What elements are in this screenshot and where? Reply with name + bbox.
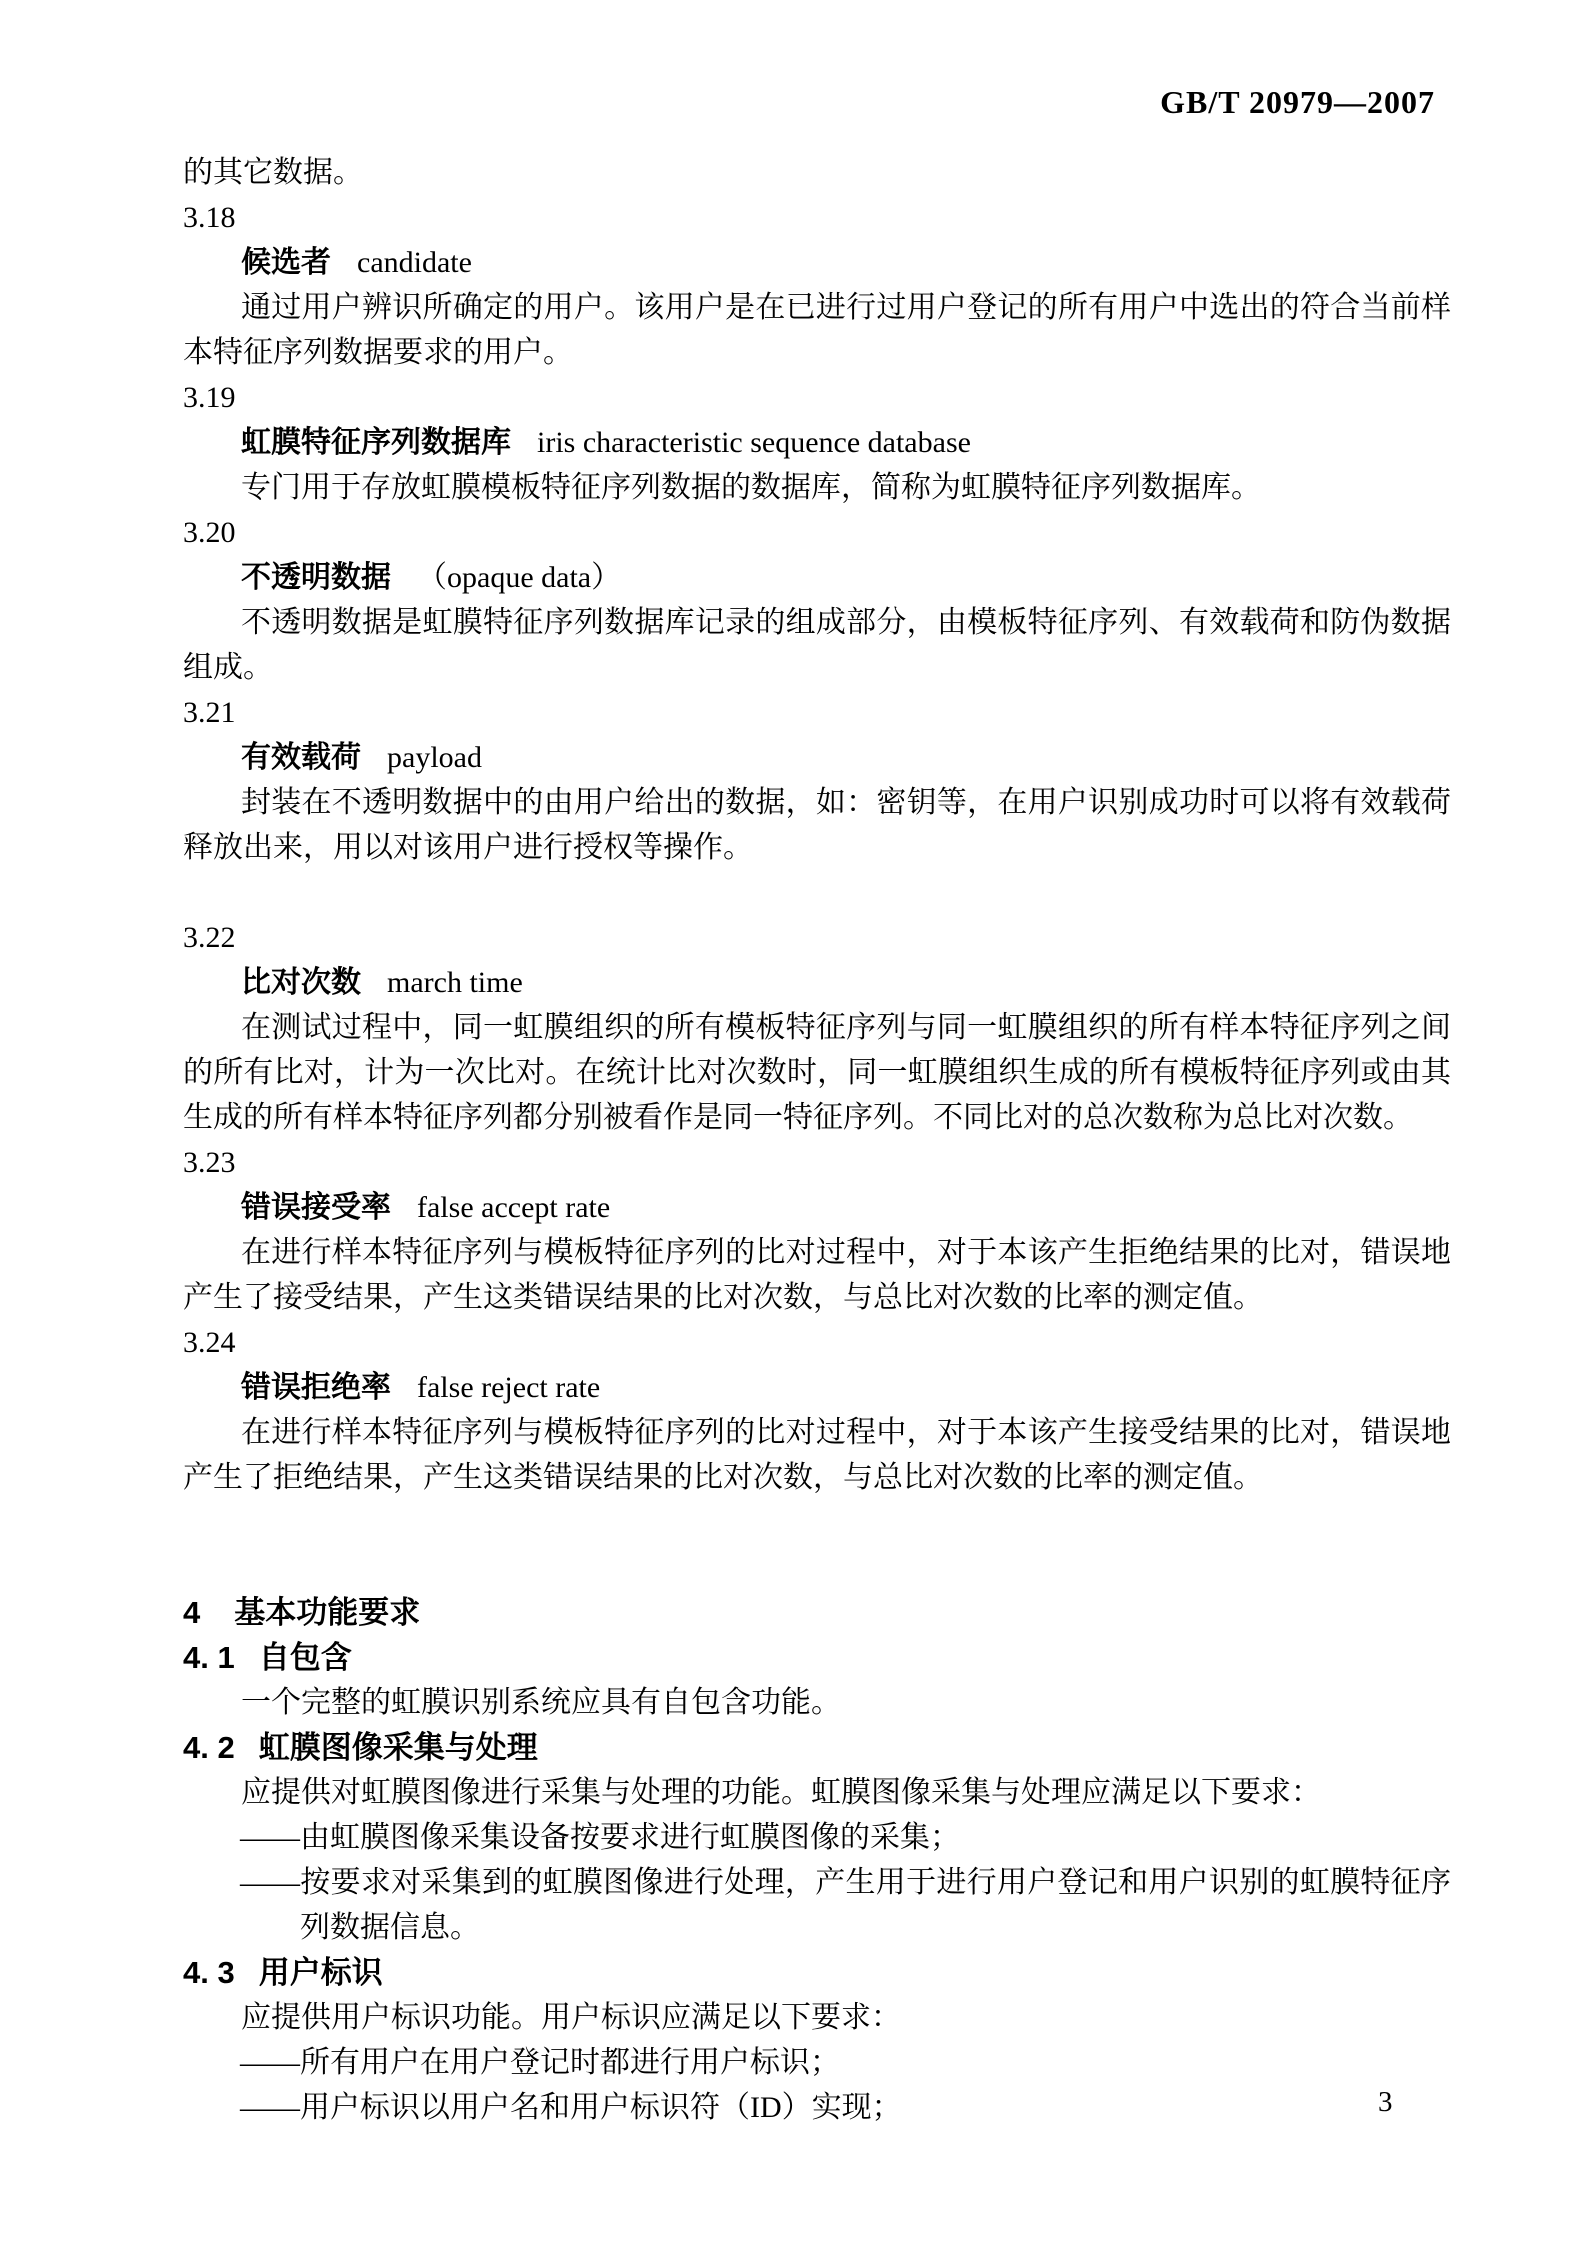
term-name-en: march time [387,966,523,999]
section-heading: 4. 1自包含 [183,1635,1451,1680]
paragraph: 在测试过程中，同一虹膜组织的所有模板特征序列与同一虹膜组织的所有样本特征序列之间… [183,1005,1451,1140]
term-definition-line: 错误拒绝率false reject rate [183,1365,1451,1410]
paragraph: 在进行样本特征序列与模板特征序列的比对过程中，对于本该产生接受结果的比对，错误地… [183,1410,1451,1500]
term-definition-line: 有效载荷payload [183,735,1451,780]
term-name-zh: 错误接受率 [241,1191,391,1224]
term-name-en: candidate [357,246,472,279]
clause-number: 3.19 [183,375,1451,420]
term-definition-line: 不透明数据（opaque data） [183,555,1451,600]
term-definition-line: 比对次数march time [183,960,1451,1005]
term-definition-line: 候选者candidate [183,240,1451,285]
term-name-en: iris characteristic sequence database [537,426,971,459]
term-name-zh: 虹膜特征序列数据库 [241,426,511,459]
heading-number: 4. 3 [183,1955,235,1990]
clause-number: 3.24 [183,1320,1451,1365]
term-name-en: false accept rate [417,1191,610,1224]
term-name-zh: 比对次数 [241,966,361,999]
paragraph: 封装在不透明数据中的由用户给出的数据，如：密钥等，在用户识别成功时可以将有效载荷… [183,780,1451,870]
heading-title: 自包含 [259,1640,352,1675]
section-heading: 4基本功能要求 [183,1590,1451,1635]
clause-number: 3.22 [183,915,1451,960]
dash-list-item: ——按要求对采集到的虹膜图像进行处理，产生用于进行用户登记和用户识别的虹膜特征序… [300,1860,1451,1950]
term-name-zh: 错误拒绝率 [241,1371,391,1404]
paragraph: 一个完整的虹膜识别系统应具有自包含功能。 [183,1680,1451,1725]
heading-number: 4. 2 [183,1730,235,1765]
term-name-en: （opaque data） [417,561,621,594]
term-name-en: payload [387,741,482,774]
heading-number: 4. 1 [183,1640,235,1675]
dash-list-item: ——所有用户在用户登记时都进行用户标识； [300,2040,1451,2085]
blank-line [183,1500,1451,1545]
page-number: 3 [1378,2086,1393,2119]
heading-title: 用户标识 [259,1955,383,1990]
paragraph: 不透明数据是虹膜特征序列数据库记录的组成部分，由模板特征序列、有效载荷和防伪数据… [183,600,1451,690]
paragraph: 专门用于存放虹膜模板特征序列数据的数据库，简称为虹膜特征序列数据库。 [183,465,1451,510]
paragraph: 应提供用户标识功能。用户标识应满足以下要求： [183,1995,1451,2040]
clause-number: 3.21 [183,690,1451,735]
heading-number: 4 [183,1595,200,1630]
paragraph: 应提供对虹膜图像进行采集与处理的功能。虹膜图像采集与处理应满足以下要求： [183,1770,1451,1815]
term-definition-line: 错误接受率false accept rate [183,1185,1451,1230]
paragraph-continuation: 的其它数据。 [183,150,1451,195]
clause-number: 3.23 [183,1140,1451,1185]
paragraph: 通过用户辨识所确定的用户。该用户是在已进行过用户登记的所有用户中选出的符合当前样… [183,285,1451,375]
clause-number: 3.18 [183,195,1451,240]
term-name-zh: 候选者 [241,246,331,279]
document-page: GB/T 20979—2007 的其它数据。3.18候选者candidate通过… [0,0,1587,2245]
heading-title: 基本功能要求 [234,1595,420,1630]
blank-line [183,870,1451,915]
section-heading: 4. 2虹膜图像采集与处理 [183,1725,1451,1770]
standard-number-header: GB/T 20979—2007 [1160,84,1435,121]
paragraph: 在进行样本特征序列与模板特征序列的比对过程中，对于本该产生拒绝结果的比对，错误地… [183,1230,1451,1320]
section-heading: 4. 3用户标识 [183,1950,1451,1995]
clause-number: 3.20 [183,510,1451,555]
term-name-zh: 不透明数据 [241,561,391,594]
document-body: 的其它数据。3.18候选者candidate通过用户辨识所确定的用户。该用户是在… [183,150,1451,2130]
term-name-en: false reject rate [417,1371,600,1404]
dash-list-item: ——用户标识以用户名和用户标识符（ID）实现； [300,2085,1451,2130]
heading-title: 虹膜图像采集与处理 [259,1730,538,1765]
term-definition-line: 虹膜特征序列数据库iris characteristic sequence da… [183,420,1451,465]
blank-line [183,1545,1451,1590]
term-name-zh: 有效载荷 [241,741,361,774]
dash-list-item: ——由虹膜图像采集设备按要求进行虹膜图像的采集； [300,1815,1451,1860]
